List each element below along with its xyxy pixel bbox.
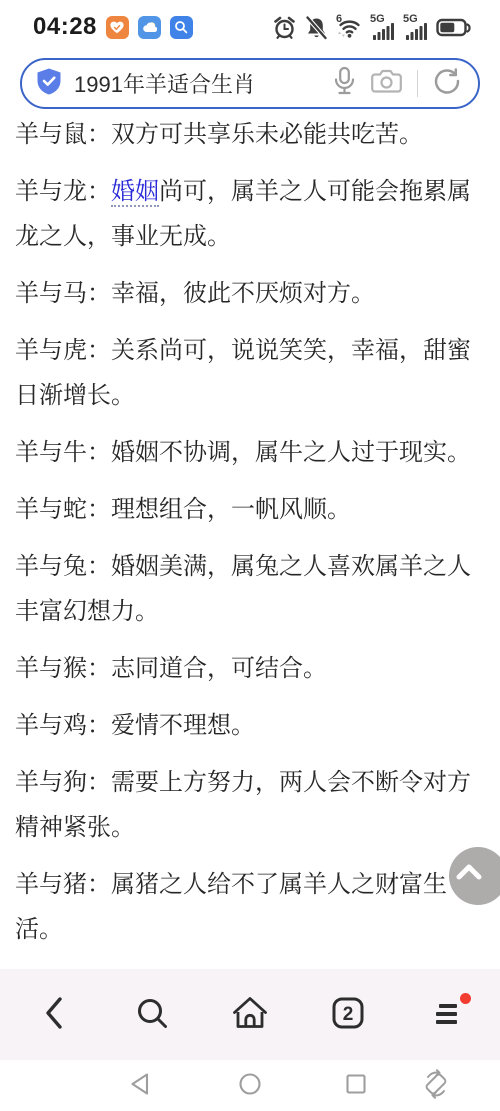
menu-button[interactable]	[418, 987, 474, 1043]
android-recents-button[interactable]	[334, 1064, 378, 1108]
android-home-button[interactable]	[228, 1064, 272, 1108]
zodiac-paragraph: 羊与兔：婚姻美满，属兔之人喜欢属羊之人丰富幻想力。	[15, 544, 488, 634]
status-bar: 04:28 6 5G	[0, 0, 500, 52]
home-icon	[231, 995, 269, 1034]
tabs-button[interactable]: 2	[320, 987, 376, 1043]
menu-icon	[428, 995, 464, 1034]
signal-sim1-5g-icon: 5G	[370, 14, 396, 41]
zodiac-paragraph: 羊与虎：关系尚可，说说笑笑，幸福，甜蜜日渐增长。	[15, 328, 488, 418]
circle-home-icon	[237, 1071, 263, 1100]
browser-toolbar: 2	[0, 969, 500, 1060]
back-button[interactable]	[26, 987, 82, 1043]
zodiac-paragraph: 羊与龙：婚姻尚可，属羊之人可能会拖累属龙之人，事业无成。	[15, 169, 488, 259]
chevron-left-icon	[43, 995, 65, 1034]
android-navbar	[0, 1060, 500, 1111]
search-bar-section: 1991年羊适合生肖	[0, 52, 500, 111]
pill-divider	[417, 70, 419, 97]
zodiac-paragraph: 羊与牛：婚姻不协调，属牛之人过于现实。	[15, 430, 488, 475]
clock-time: 04:28	[33, 13, 97, 41]
camera-icon[interactable]	[371, 68, 402, 99]
zodiac-paragraph: 羊与猴：志同道合，可结合。	[15, 646, 488, 691]
search-app-icon	[170, 16, 193, 39]
zodiac-paragraph: 羊与蛇：理想组合，一帆风顺。	[15, 487, 488, 532]
home-button[interactable]	[222, 987, 278, 1043]
chevron-up-icon	[456, 864, 482, 883]
refresh-icon[interactable]	[433, 67, 461, 100]
alarm-icon	[272, 15, 297, 41]
triangle-back-icon	[128, 1071, 152, 1100]
browser-screen: 04:28 6 5G	[0, 0, 500, 1111]
microphone-icon[interactable]	[333, 66, 356, 101]
sim1-network-label: 5G	[370, 14, 385, 25]
sim2-network-label: 5G	[403, 14, 418, 25]
search-bar[interactable]: 1991年羊适合生肖	[20, 58, 480, 109]
wifi-generation-label: 6	[336, 14, 342, 25]
notification-dot	[460, 993, 471, 1004]
health-app-icon	[106, 16, 129, 39]
square-recents-icon	[344, 1072, 368, 1099]
zodiac-paragraph: 羊与马：幸福，彼此不厌烦对方。	[15, 271, 488, 316]
article: 羊与鼠：双方可共享乐未必能共吃苦。羊与龙：婚姻尚可，属羊之人可能会拖累属龙之人，…	[0, 111, 500, 952]
zodiac-paragraph: 羊与鸡：爱情不理想。	[15, 703, 488, 748]
rotate-screen-button[interactable]	[414, 1064, 458, 1108]
search-button[interactable]	[124, 987, 180, 1043]
zodiac-paragraph: 羊与猪：属猪之人给不了属羊人之财富生活。	[15, 862, 488, 952]
search-icon	[134, 995, 170, 1034]
rotate-screen-icon	[421, 1069, 451, 1102]
weather-app-icon	[138, 16, 161, 39]
zodiac-paragraph: 羊与狗：需要上方努力，两人会不断令对方精神紧张。	[15, 760, 488, 850]
zodiac-paragraph: 羊与鼠：双方可共享乐未必能共吃苦。	[15, 112, 488, 157]
android-back-button[interactable]	[118, 1064, 162, 1108]
inline-keyword-link[interactable]: 婚姻	[111, 178, 159, 207]
back-to-top-button[interactable]	[449, 847, 500, 905]
battery-icon	[436, 18, 472, 41]
safe-shield-icon	[35, 67, 63, 101]
search-query-text[interactable]: 1991年羊适合生肖	[74, 68, 333, 99]
signal-sim2-5g-icon: 5G	[403, 14, 429, 41]
wifi6-icon: 6	[336, 14, 363, 41]
tab-count: 2	[320, 987, 376, 1043]
mute-icon	[304, 15, 329, 41]
